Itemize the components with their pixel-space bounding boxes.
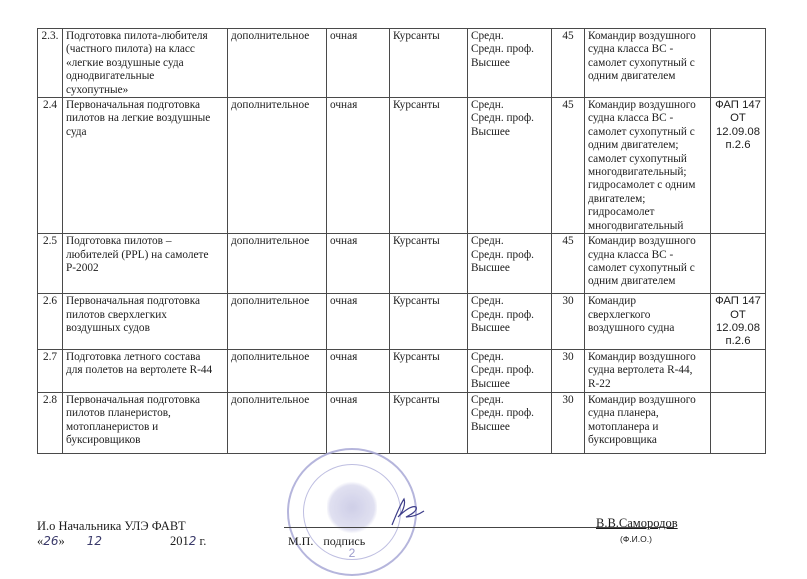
student-category: Курсанты [390, 234, 468, 294]
qualification-line: судна планера, [588, 407, 707, 420]
program-name-line: пилотов сверхлегких [66, 309, 224, 322]
education-level: Средн.Средн. проф.Высшее [468, 29, 552, 98]
table-row: 2.7Подготовка летного составадля полетов… [38, 349, 766, 392]
program-name-line: суда [66, 126, 224, 139]
study-form: очная [327, 294, 390, 350]
row-number: 2.6 [38, 294, 63, 350]
signature-date: «26»12 2012 г. [37, 534, 102, 549]
qualification-line: самолет сухопутный с [588, 57, 707, 70]
qualification: Командир воздушногосудна вертолета R-44,… [585, 349, 711, 392]
regulation-reference [711, 29, 766, 98]
table-row: 2.8 Первоначальная подготовкапилотов пла… [38, 392, 766, 453]
row-number: 2.5 [38, 234, 63, 294]
signer-name: В.В.Самородов [596, 516, 678, 531]
qualification-line: Командир воздушного [588, 351, 707, 364]
education-level: Средн.Средн. проф.Высшее [468, 392, 552, 453]
qualification-line: гидросамолет [588, 206, 707, 219]
education-level-line: Высшее [471, 421, 548, 434]
program-name: Первоначальная подготовкапилотов на легк… [63, 98, 228, 234]
regulation-reference-line: ФАП 147 [714, 295, 762, 308]
row-number: 2.7 [38, 349, 63, 392]
regulation-reference-line: п.2.6 [714, 139, 762, 152]
program-name-line: любителей (PPL) на самолете [66, 249, 224, 262]
qualification-line: многодвигательный [588, 220, 707, 233]
program-name-line: Подготовка летного состава [66, 351, 224, 364]
qualification-line: судна вертолета R-44, [588, 364, 707, 377]
date-close-quote: » [59, 534, 65, 548]
table-row: 2.4Первоначальная подготовкапилотов на л… [38, 98, 766, 234]
education-level-line: Средн. проф. [471, 249, 548, 262]
row-number: 2.4 [38, 98, 63, 234]
program-name-line: Подготовка пилотов – [66, 235, 224, 248]
table-row: 2.6Первоначальная подготовкапилотов свер… [38, 294, 766, 350]
regulation-reference [711, 349, 766, 392]
program-name-line: «легкие воздушные суда [66, 57, 224, 70]
qualification-line: одним двигателем [588, 70, 707, 83]
program-name: Первоначальная подготовкапилотов планери… [63, 392, 228, 453]
program-type: дополнительное [228, 349, 327, 392]
regulation-reference-line: 12.09.08 [714, 126, 762, 139]
program-name-line: (частного пилота) на класс [66, 43, 224, 56]
qualification-line: самолет сухопутный с [588, 126, 707, 139]
program-name-line: однодвигательные [66, 70, 224, 83]
student-category: Курсанты [390, 294, 468, 350]
qualification: Командир воздушногосудна класса ВС -само… [585, 29, 711, 98]
regulation-reference-line: ОТ [714, 309, 762, 322]
qualification: Командир воздушногосудна планера,мотопла… [585, 392, 711, 453]
program-name-line: пилотов на легкие воздушные [66, 112, 224, 125]
qualification-line: судна класса ВС - [588, 249, 707, 262]
study-form: очная [327, 29, 390, 98]
education-level-line: Высшее [471, 126, 548, 139]
handwritten-signature [386, 495, 426, 529]
education-level-line: Средн. [471, 30, 548, 43]
regulation-reference: ФАП 147ОТ12.09.08п.2.6 [711, 98, 766, 234]
education-level-line: Средн. [471, 235, 548, 248]
program-name-line: Первоначальная подготовка [66, 394, 224, 407]
year-suffix: г. [196, 534, 206, 548]
training-programs-table: 2.3.Подготовка пилота-любителя(частного … [37, 28, 766, 454]
program-name-line: Первоначальная подготовка [66, 99, 224, 112]
qualification: Командир воздушногосудна класса ВС -само… [585, 98, 711, 234]
study-form: очная [327, 98, 390, 234]
education-level: Средн.Средн. проф.Высшее [468, 349, 552, 392]
regulation-reference [711, 392, 766, 453]
program-name-line: пилотов планеристов, [66, 407, 224, 420]
regulation-reference: ФАП 147ОТ12.09.08п.2.6 [711, 294, 766, 350]
program-name: Подготовка летного составадля полетов на… [63, 349, 228, 392]
hours: 30 [552, 294, 585, 350]
education-level-line: Высшее [471, 262, 548, 275]
program-name-line: мотопланеристов и [66, 421, 224, 434]
stamp-place-label: М.П. [288, 534, 313, 548]
date-day-handwritten: 26 [43, 534, 58, 548]
table-row: 2.3.Подготовка пилота-любителя(частного … [38, 29, 766, 98]
year-prefix: 201 [170, 534, 189, 548]
regulation-reference-line: ФАП 147 [714, 99, 762, 112]
student-category: Курсанты [390, 29, 468, 98]
education-level: Средн.Средн. проф.Высшее [468, 234, 552, 294]
education-level-line: Средн. проф. [471, 407, 548, 420]
hours: 45 [552, 234, 585, 294]
hours: 30 [552, 392, 585, 453]
program-type: дополнительное [228, 234, 327, 294]
student-category: Курсанты [390, 98, 468, 234]
qualification: Командирсверхлегкоговоздушного судна [585, 294, 711, 350]
program-name-line: Первоначальная подготовка [66, 295, 224, 308]
student-category: Курсанты [390, 349, 468, 392]
qualification-line: самолет сухопутный [588, 153, 707, 166]
program-type: дополнительное [228, 294, 327, 350]
education-level-line: Средн. проф. [471, 364, 548, 377]
education-level: Средн.Средн. проф.Высшее [468, 294, 552, 350]
row-number: 2.3. [38, 29, 63, 98]
qualification-line: гидросамолет с одним [588, 179, 707, 192]
qualification-line: буксировщика [588, 434, 707, 447]
qualification-line: судна класса ВС - [588, 112, 707, 125]
program-name: Подготовка пилотов –любителей (PPL) на с… [63, 234, 228, 294]
qualification-line: Командир воздушного [588, 30, 707, 43]
regulation-reference-line: 12.09.08 [714, 322, 762, 335]
education-level-line: Средн. [471, 295, 548, 308]
qualification-line: одним двигателем; [588, 139, 707, 152]
education-level-line: Высшее [471, 378, 548, 391]
qualification-line: сверхлегкого [588, 309, 707, 322]
education-level-line: Высшее [471, 57, 548, 70]
qualification-line: R-22 [588, 378, 707, 391]
study-form: очная [327, 234, 390, 294]
qualification-line: Командир воздушного [588, 235, 707, 248]
qualification-line: мотопланера и [588, 421, 707, 434]
qualification-line: самолет сухопутный с [588, 262, 707, 275]
student-category: Курсанты [390, 392, 468, 453]
education-level-line: Высшее [471, 322, 548, 335]
qualification-line: судна класса ВС - [588, 43, 707, 56]
program-name-line: Р-2002 [66, 262, 224, 275]
education-level-line: Средн. [471, 394, 548, 407]
qualification-line: Командир воздушного [588, 99, 707, 112]
hours: 45 [552, 29, 585, 98]
education-level-line: Средн. [471, 351, 548, 364]
regulation-reference-line: п.2.6 [714, 335, 762, 348]
signature-label: подпись [323, 534, 365, 548]
stamp-signature-label: М.П.подпись [288, 534, 365, 549]
regulation-reference [711, 234, 766, 294]
program-name-line: для полетов на вертолете R-44 [66, 364, 224, 377]
qualification-line: многодвигательный; [588, 166, 707, 179]
program-type: дополнительное [228, 29, 327, 98]
qualification-line: двигателем; [588, 193, 707, 206]
qualification: Командир воздушногосудна класса ВС -само… [585, 234, 711, 294]
education-level-line: Средн. проф. [471, 309, 548, 322]
program-name-line: буксировщиков [66, 434, 224, 447]
qualification-line: Командир воздушного [588, 394, 707, 407]
hours: 45 [552, 98, 585, 234]
program-type: дополнительное [228, 98, 327, 234]
regulation-reference-line: ОТ [714, 112, 762, 125]
name-caption: (Ф.И.О.) [620, 534, 652, 544]
program-name: Первоначальная подготовкапилотов сверхле… [63, 294, 228, 350]
position-title: И.о Начальника УЛЭ ФАВТ [37, 519, 186, 534]
education-level-line: Средн. проф. [471, 43, 548, 56]
education-level-line: Средн. [471, 99, 548, 112]
program-name-line: воздушных судов [66, 322, 224, 335]
hours: 30 [552, 349, 585, 392]
study-form: очная [327, 349, 390, 392]
program-type: дополнительное [228, 392, 327, 453]
table-row: 2.5Подготовка пилотов –любителей (PPL) н… [38, 234, 766, 294]
qualification-line: воздушного судна [588, 322, 707, 335]
education-level: Средн.Средн. проф.Высшее [468, 98, 552, 234]
program-name-line: Подготовка пилота-любителя [66, 30, 224, 43]
qualification-line: Командир [588, 295, 707, 308]
qualification-line: одним двигателем [588, 275, 707, 288]
date-month-handwritten: 12 [87, 534, 102, 548]
study-form: очная [327, 392, 390, 453]
program-name-line: сухопутные» [66, 84, 224, 97]
row-number: 2.8 [38, 392, 63, 453]
program-name: Подготовка пилота-любителя(частного пило… [63, 29, 228, 98]
education-level-line: Средн. проф. [471, 112, 548, 125]
